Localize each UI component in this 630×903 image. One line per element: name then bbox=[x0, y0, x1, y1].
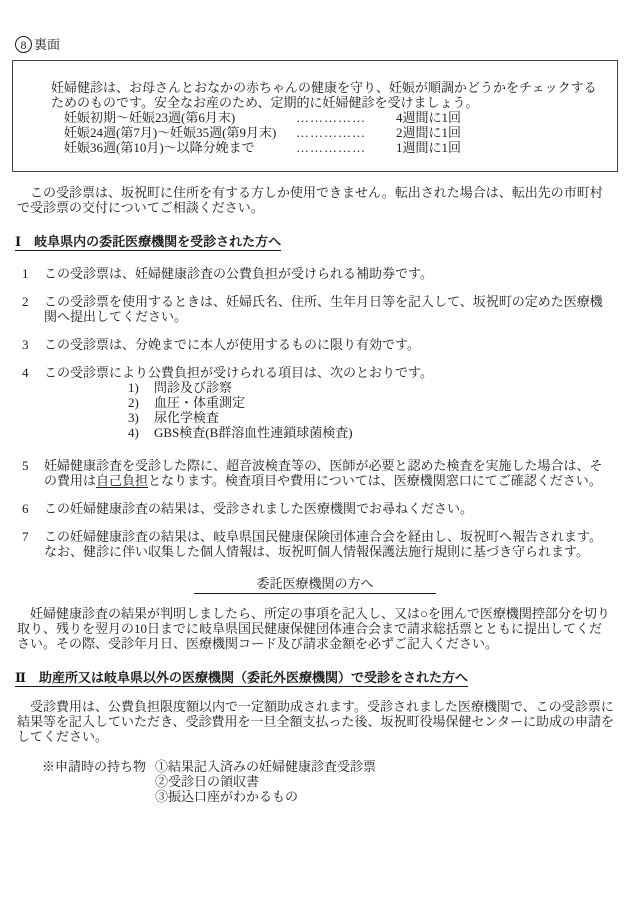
numbered-item: 1 この受診票は、妊婦健康診査の公費負担が受けられる補助券です。 bbox=[18, 266, 614, 281]
section2-numeral: Ⅱ bbox=[15, 670, 26, 685]
sub-item-text: GBS検査(B群溶血性連鎖球菌検査) bbox=[154, 425, 353, 440]
item-number: 5 bbox=[22, 458, 29, 473]
section1-items: 1 この受診票は、妊婦健康診査の公費負担が受けられる補助券です。 2 この受診票… bbox=[18, 266, 614, 559]
dot-leader: …………… bbox=[296, 140, 396, 155]
item-text: この受診票により公費負担が受けられる項目は、次のとおりです。 bbox=[44, 365, 433, 380]
section2-title: 助産所又は岐阜県以外の医療機関（委託外医療機関）で受診をされた方へ bbox=[39, 670, 468, 685]
application-belongings: ※申請時の持ち物 ①結果記入済みの妊婦健康診査受診票 ②受診日の領収書 ③振込口… bbox=[42, 759, 630, 804]
item-number: 6 bbox=[22, 501, 29, 516]
schedule-row: 妊娠36週(第10月)～以降分娩まで …………… 1週間に1回 bbox=[64, 140, 597, 155]
sub-item-label: 3) bbox=[128, 410, 154, 425]
belongings-item: ①結果記入済みの妊婦健康診査受診票 bbox=[155, 759, 376, 774]
sub-item-label: 4) bbox=[128, 425, 154, 440]
sub-item: 4) GBS検査(B群溶血性連鎖球菌検査) bbox=[128, 425, 614, 440]
item-text: この受診票は、妊婦健康診査の公費負担が受けられる補助券です。 bbox=[44, 266, 433, 281]
sub-item-label: 1) bbox=[128, 380, 154, 395]
schedule-frequency: 4週間に1回 bbox=[396, 110, 461, 125]
checkup-schedule: 妊娠初期～妊娠23週(第6月末) …………… 4週間に1回 妊娠24週(第7月)… bbox=[64, 110, 597, 155]
section1-heading: Ⅰ岐阜県内の委託医療機関を受診された方へ bbox=[15, 234, 630, 251]
sub-item-text: 尿化学検査 bbox=[154, 410, 219, 425]
covered-items-list: 1) 問診及び診察 2) 血圧・体重測定 3) 尿化学検査 4) GBS検査(B… bbox=[128, 380, 614, 440]
page-side-label: 裏面 bbox=[34, 37, 60, 52]
section2-heading: Ⅱ助産所又は岐阜県以外の医療機関（委託外医療機関）で受診をされた方へ bbox=[15, 670, 630, 687]
item-text: この妊婦健康診査の結果は、岐阜県国民健康保険団体連合会を経由し、坂祝町へ報告され… bbox=[44, 529, 602, 544]
item-text: 妊婦健康診査を受診した際に、超音波検査等の、医師が必要と認めた検査を実施した場合… bbox=[44, 458, 602, 488]
numbered-item: 2 この受診票を使用するときは、妊婦氏名、住所、生年月日等を記入して、坂祝町の定… bbox=[18, 294, 614, 324]
schedule-frequency: 2週間に1回 bbox=[396, 125, 461, 140]
sub-item: 1) 問診及び診察 bbox=[128, 380, 614, 395]
page-header: 8 裏面 bbox=[15, 36, 630, 53]
numbered-item: 4 この受診票により公費負担が受けられる項目は、次のとおりです。 1) 問診及び… bbox=[18, 365, 614, 440]
section2-paragraph: 受診費用は、公費負担限度額以内で一定額助成されます。受診されました医療機関で、こ… bbox=[17, 699, 614, 744]
numbered-item: 7 この妊婦健康診査の結果は、岐阜県国民健康保険団体連合会を経由し、坂祝町へ報告… bbox=[18, 529, 614, 559]
item-text-line2: なお、健診に伴い収集した個人情報は、坂祝町個人情報保護法施行規則に基づき守られま… bbox=[44, 544, 614, 559]
belongings-item: ③振込口座がわかるもの bbox=[155, 789, 376, 804]
schedule-period: 妊娠24週(第7月)～妊娠35週(第9月末) bbox=[64, 125, 296, 140]
schedule-period: 妊娠初期～妊娠23週(第6月末) bbox=[64, 110, 296, 125]
document-page: 8 裏面 妊婦健診は、お母さんとおなかの赤ちゃんの健康を守り、妊娠が順調かどうか… bbox=[0, 0, 630, 903]
sub-item-text: 問診及び診察 bbox=[154, 380, 232, 395]
entrusted-heading-block: 委託医療機関の方へ bbox=[0, 576, 630, 594]
residence-notice: この受診票は、坂祝町に住所を有する方しか使用できません。転出された場合は、転出先… bbox=[17, 185, 614, 215]
belongings-label: ※申請時の持ち物 bbox=[42, 759, 155, 804]
item-text: この受診票を使用するときは、妊婦氏名、住所、生年月日等を記入して、坂祝町の定めた… bbox=[44, 294, 603, 324]
entrusted-heading: 委託医療機関の方へ bbox=[194, 576, 435, 594]
item-text: この受診票は、分娩までに本人が使用するものに限り有効です。 bbox=[44, 337, 420, 352]
section1-heading-text: Ⅰ岐阜県内の委託医療機関を受診された方へ bbox=[15, 234, 281, 251]
numbered-item: 3 この受診票は、分娩までに本人が使用するものに限り有効です。 bbox=[18, 337, 614, 352]
item-number: 1 bbox=[22, 266, 29, 281]
dot-leader: …………… bbox=[296, 110, 396, 125]
schedule-row: 妊娠初期～妊娠23週(第6月末) …………… 4週間に1回 bbox=[64, 110, 597, 125]
section2-heading-text: Ⅱ助産所又は岐阜県以外の医療機関（委託外医療機関）で受診をされた方へ bbox=[15, 670, 468, 687]
schedule-period: 妊娠36週(第10月)～以降分娩まで bbox=[64, 140, 296, 155]
sub-item: 2) 血圧・体重測定 bbox=[128, 395, 614, 410]
sub-item-text: 血圧・体重測定 bbox=[154, 395, 245, 410]
sub-item-label: 2) bbox=[128, 395, 154, 410]
item-number: 4 bbox=[22, 365, 29, 380]
section1-title: 岐阜県内の委託医療機関を受診された方へ bbox=[34, 234, 281, 249]
belongings-list: ①結果記入済みの妊婦健康診査受診票 ②受診日の領収書 ③振込口座がわかるもの bbox=[155, 759, 376, 804]
item-text: この妊婦健康診査の結果は、受診されました医療機関でお尋ねください。 bbox=[44, 501, 473, 516]
belongings-item: ②受診日の領収書 bbox=[155, 774, 376, 789]
schedule-frequency: 1週間に1回 bbox=[396, 140, 461, 155]
checkup-intro-text: 妊婦健診は、お母さんとおなかの赤ちゃんの健康を守り、妊娠が順調かどうかをチェック… bbox=[51, 80, 597, 110]
item-number: 2 bbox=[22, 294, 29, 309]
sub-item: 3) 尿化学検査 bbox=[128, 410, 614, 425]
dot-leader: …………… bbox=[296, 125, 396, 140]
checkup-info-box: 妊婦健診は、お母さんとおなかの赤ちゃんの健康を守り、妊娠が順調かどうかをチェック… bbox=[12, 60, 618, 172]
item-number: 7 bbox=[22, 529, 29, 544]
entrusted-paragraph: 妊婦健康診査の結果が判明しましたら、所定の事項を記入し、又は○を囲んで医療機関控… bbox=[17, 606, 614, 651]
section1-numeral: Ⅰ bbox=[15, 234, 21, 249]
page-number-badge: 8 bbox=[15, 36, 32, 53]
numbered-item: 5 妊婦健康診査を受診した際に、超音波検査等の、医師が必要と認めた検査を実施した… bbox=[18, 458, 614, 488]
numbered-item: 6 この妊婦健康診査の結果は、受診されました医療機関でお尋ねください。 bbox=[18, 501, 614, 516]
schedule-row: 妊娠24週(第7月)～妊娠35週(第9月末) …………… 2週間に1回 bbox=[64, 125, 597, 140]
item-number: 3 bbox=[22, 337, 29, 352]
